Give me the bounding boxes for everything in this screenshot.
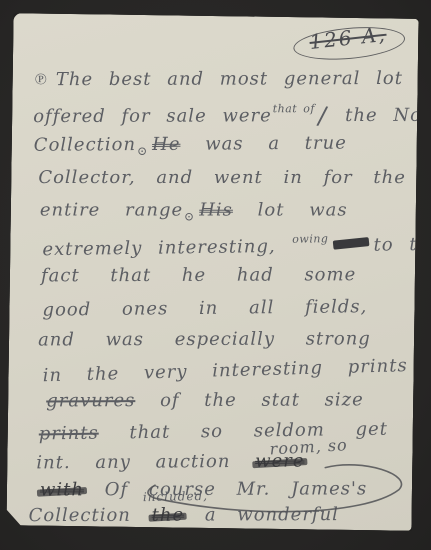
manuscript-line: good ones in all fields, [42,296,367,320]
circled-paragraph-icon: ℗ [35,69,48,88]
manuscript-line: fact that he had some [41,264,356,286]
line-text: Collection [34,134,136,156]
line-text: The best and most general lot ever [56,68,431,90]
line-text: fact that he had some [41,264,356,286]
line-text: of the stat size [160,389,364,411]
line-text: the Nolan [345,105,431,126]
struck-word: the [152,505,185,526]
insertion-slash-mark: / [316,101,330,131]
manuscript-line: int. any auction were [36,450,304,473]
page-number: 126 A, [301,23,413,61]
manuscript-line: extremely interesting, owingto the [42,231,431,261]
line-text: and was especially strong [38,328,371,350]
struck-word: with [40,479,84,500]
manuscript-line: offered for sale werethat of/ the Nolan [33,101,431,131]
line-text: was a true [205,133,347,155]
manuscript-line: ℗The best and most general lot ever [35,68,431,90]
circled-dot-icon: ⊙ [137,144,148,158]
line-text: a wonderful [205,504,339,525]
line-text: Collection [29,505,131,526]
struck-word: prints [39,423,99,445]
manuscript-line: in the very interesting prints [42,355,408,386]
inserted-word: included, [143,489,208,504]
line-text: extremely interesting, [42,236,275,260]
inserted-phrase: room, so [269,435,348,458]
line-text: good ones in all fields, [42,296,367,320]
struck-word: He [152,134,181,155]
struck-word: gravures [46,390,135,411]
line-text: Collector, and went in for the [38,167,406,188]
manuscript-line: Collector, and went in for the [38,167,406,188]
manuscript-line: entire range⊙His lot was [40,200,348,224]
manuscript-line: and was especially strong [38,328,371,350]
scan-background: 126 A, ℗The best and most general lot ev… [0,0,431,550]
struck-word: His [199,200,233,221]
manuscript-line: Collection⊙He was a true [34,133,347,159]
inserted-word: that of [273,102,315,115]
circled-dot-icon: ⊙ [184,210,195,224]
manuscript-line: Collection the a wonderful [29,504,339,526]
manuscript-page: 126 A, ℗The best and most general lot ev… [6,13,418,531]
line-text: in the very interesting prints [42,355,408,386]
line-text: to the [373,234,431,256]
line-text: entire range [40,200,183,221]
line-text: that so seldom get [129,419,388,444]
line-text: int. any auction [36,451,230,473]
inserted-word: owing [292,232,328,246]
scratched-out-word [333,237,370,250]
line-text: lot was [258,200,348,221]
manuscript-line: gravures of the stat size [46,389,364,411]
line-text: offered for sale were [33,105,272,127]
